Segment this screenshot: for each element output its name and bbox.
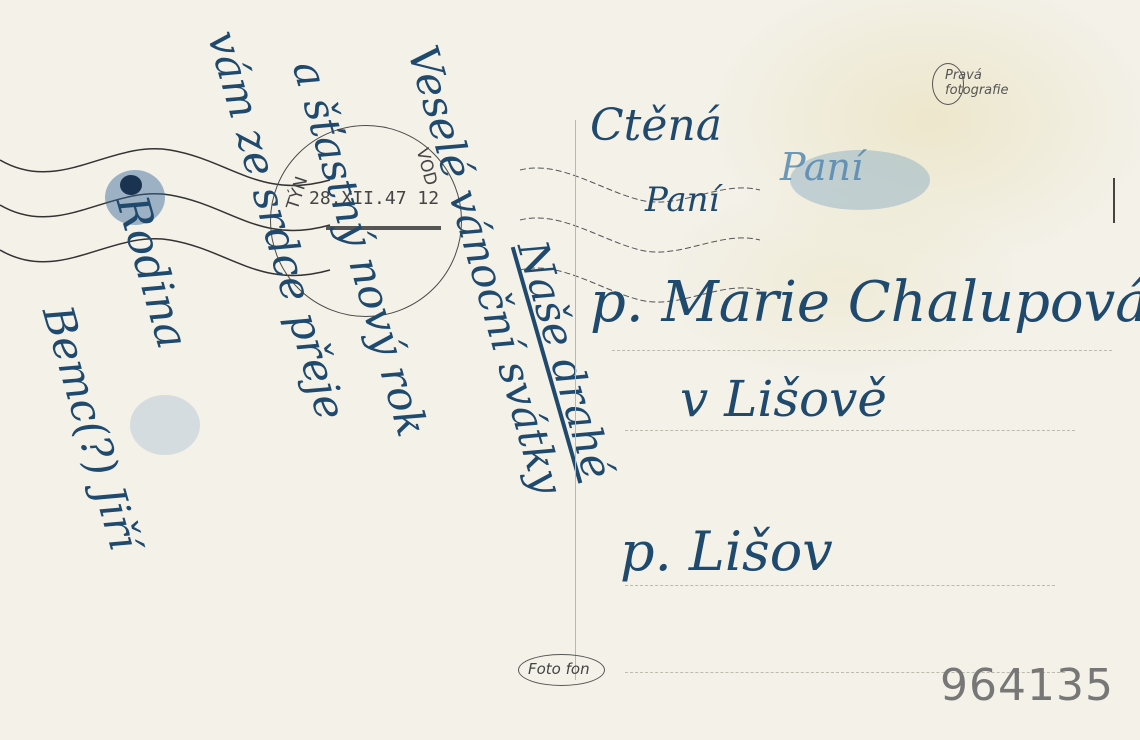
address-recipient: p. Marie Chalupová [590,270,1140,335]
ink-smudge [130,395,200,455]
ink-blot [120,175,142,195]
address-place: v Lišově [680,370,887,428]
address-divider [575,120,576,680]
pencil-inventory-number: 964135 [940,660,1114,711]
brand-logo: Foto fon [528,660,590,678]
postcard: TÝN VOD 28.XII.47 12 Veselé vánoční svát… [0,0,1140,740]
address-line [625,585,1055,586]
photo-mark: Pravá fotografie [945,68,1025,98]
address-post-office: p. Lišov [620,520,833,583]
address-title-smudged: Paní [780,145,863,189]
address-title: Paní [645,180,719,220]
address-line [625,430,1075,431]
address-salutation: Ctěná [590,100,722,151]
address-line [612,350,1112,351]
edge-mark [1113,178,1115,223]
